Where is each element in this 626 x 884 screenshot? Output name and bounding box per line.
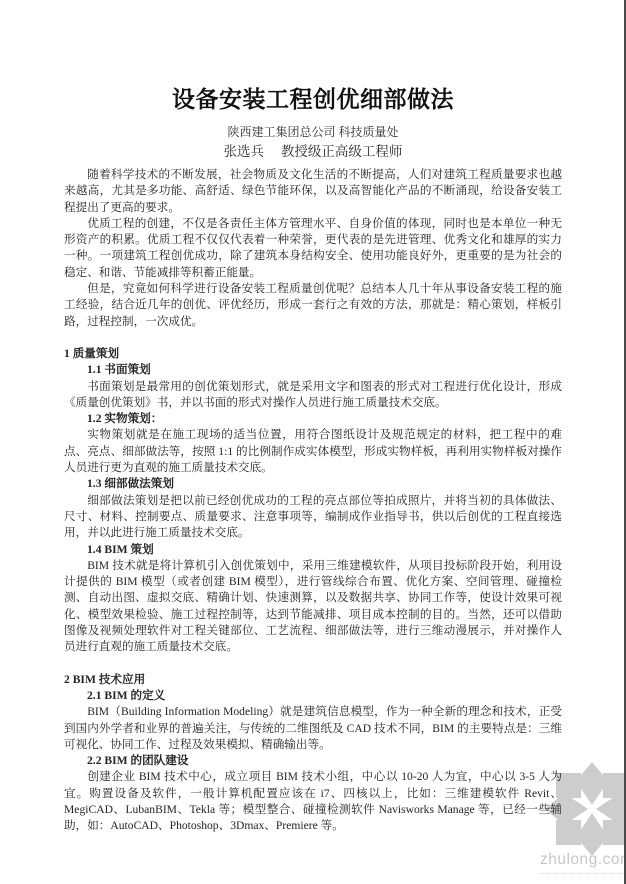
- byline-organization: 陕西建工集团总公司 科技质量处: [64, 125, 562, 140]
- paragraph-written-planning: 书面策划是最常用的创优策划形式，就是采用文字和图表的形式对工程进行优化设计，形成…: [64, 379, 562, 412]
- paragraph-quality-value: 优质工程的创建，不仅是各责任主体方管理水平、自身价值的体现，同时也是本单位一种无…: [64, 216, 562, 281]
- paragraph-method: 但是，究竟如何科学进行设备安装工程质量创优呢？总结本人几十年从事设备安装工程的施…: [64, 281, 562, 330]
- paragraph-physical-planning: 实物策划就是在施工现场的适当位置，用符合图纸设计及规范规定的材料，把工程中的难点…: [64, 427, 562, 476]
- blank-line: [64, 330, 562, 346]
- byline-author: 张选兵 教授级正高级工程师: [64, 143, 562, 160]
- paragraph-detail-practice-planning: 细部做法策划是把以前已经创优成功的工程的亮点部位等拍成照片，并将当初的具体做法、…: [64, 493, 562, 542]
- paragraph-bim-planning: BIM 技术就是将计算机引入创优策划中，采用三维建模软件，从项目投标阶段开始，利…: [64, 558, 562, 656]
- paragraph-intro: 随着科学技术的不断发展，社会物质及文化生活的不断提高，人们对建筑工程质量要求也越…: [64, 167, 562, 216]
- heading-physical-planning: 1.2 实物策划：: [64, 411, 562, 427]
- document-title: 设备安装工程创优细部做法: [64, 84, 562, 116]
- watermark-text: zhulong.com: [540, 851, 624, 874]
- blank-line: [64, 656, 562, 672]
- paragraph-bim-team: 创建企业 BIM 技术中心，成立项目 BIM 技术小组，中心以 10-20 人为…: [64, 769, 562, 834]
- document-content: 设备安装工程创优细部做法 陕西建工集团总公司 科技质量处 张选兵 教授级正高级工…: [64, 84, 562, 835]
- heading-bim-application: 2 BIM 技术应用: [64, 672, 562, 688]
- heading-bim-team: 2.2 BIM 的团队建设: [64, 753, 562, 769]
- heading-detail-practice-planning: 1.3 细部做法策划: [64, 476, 562, 492]
- paragraph-bim-definition: BIM（Building Information Modeling）就是建筑信息…: [64, 704, 562, 753]
- heading-bim-planning: 1.4 BIM 策划: [64, 542, 562, 558]
- heading-bim-definition: 2.1 BIM 的定义: [64, 688, 562, 704]
- document-body: 随着科学技术的不断发展，社会物质及文化生活的不断提高，人们对建筑工程质量要求也越…: [64, 167, 562, 835]
- heading-written-planning: 1.1 书面策划: [64, 362, 562, 378]
- heading-quality-planning: 1 质量策划: [64, 346, 562, 362]
- document-page: 设备安装工程创优细部做法 陕西建工集团总公司 科技质量处 张选兵 教授级正高级工…: [0, 0, 626, 884]
